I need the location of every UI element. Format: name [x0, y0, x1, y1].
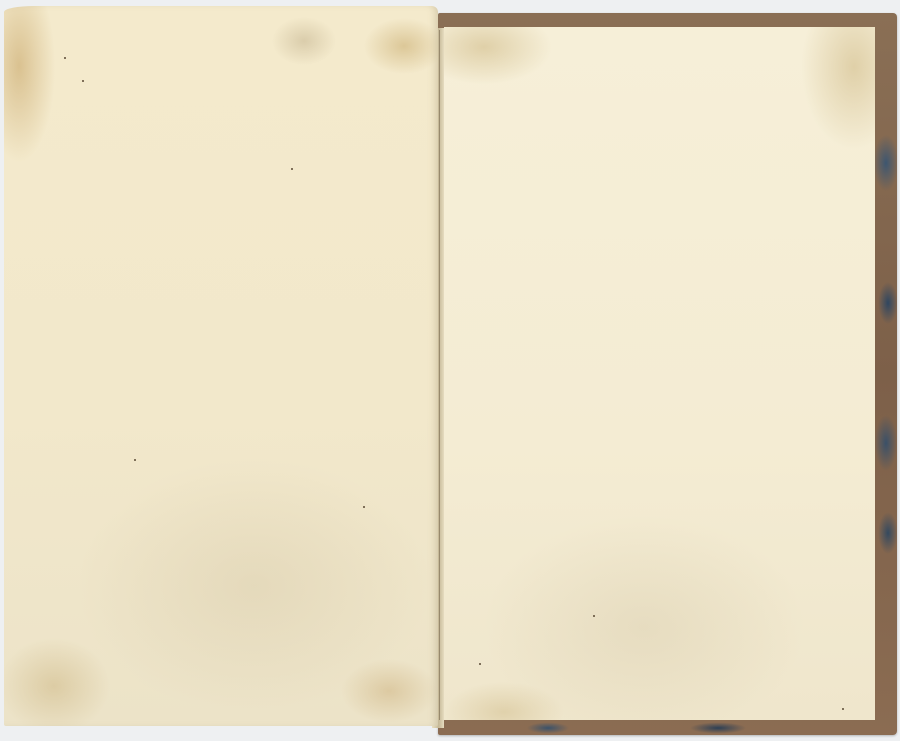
foxing-speck — [64, 57, 66, 59]
gutter-fold-line — [439, 30, 440, 720]
foxing-speck — [134, 459, 136, 461]
right-page — [444, 27, 875, 720]
foxing-speck — [363, 506, 365, 508]
foxing-speck — [291, 168, 293, 170]
book-photo — [0, 0, 900, 741]
foxing-speck — [479, 663, 481, 665]
foxing-speck — [842, 708, 844, 710]
foxing-speck — [593, 615, 595, 617]
foxing-speck — [82, 80, 84, 82]
left-page — [4, 6, 438, 726]
